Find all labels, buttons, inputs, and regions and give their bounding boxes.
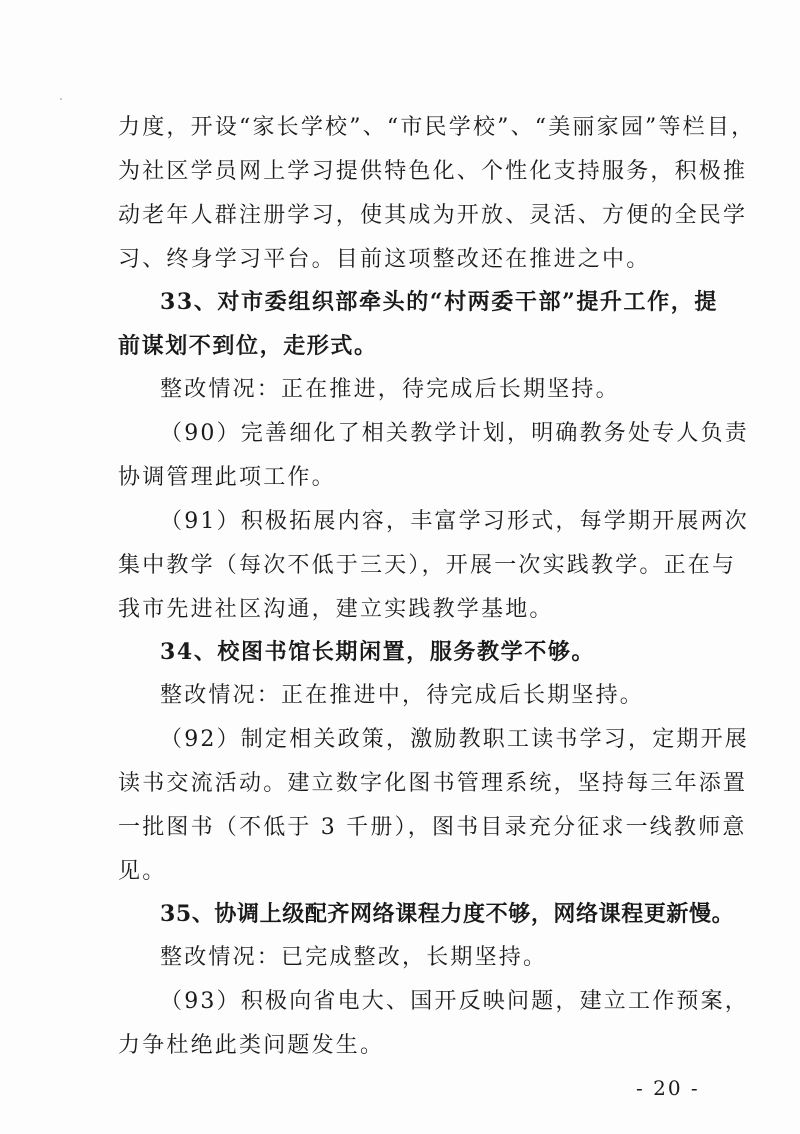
paragraph-line: 力度，开设“家长学校”、“市民学校”、“美丽家园”等栏目，	[118, 113, 698, 143]
section-heading-33: 33、对市委组织部牵头的“村两委干部”提升工作，提	[160, 287, 698, 317]
paragraph-line: 习、终身学习平台。目前这项整改还在推进之中。	[118, 245, 698, 275]
item-92: （92）制定相关政策，激励教职工读书学习，定期开展	[160, 725, 698, 755]
paragraph-line: 动老年人群注册学习，使其成为开放、灵活、方便的全民学	[118, 201, 698, 231]
page-number: - 20 -	[636, 1076, 700, 1100]
section-heading-34: 34、校图书馆长期闲置，服务教学不够。	[160, 637, 698, 667]
paragraph-line: 协调管理此项工作。	[118, 463, 698, 493]
item-91: （91）积极拓展内容，丰富学习形式，每学期开展两次	[160, 507, 698, 537]
document-page: 力度，开设“家长学校”、“市民学校”、“美丽家园”等栏目， 为社区学员网上学习提…	[0, 0, 800, 1134]
status-line-34: 整改情况：正在推进中，待完成后长期坚持。	[160, 681, 698, 711]
paragraph-line: 一批图书（不低于 3 千册），图书目录充分征求一线教师意	[118, 813, 698, 843]
section-heading-33-cont: 前谋划不到位，走形式。	[118, 331, 698, 361]
paragraph-line: 读书交流活动。建立数字化图书管理系统，坚持每三年添置	[118, 769, 698, 799]
paragraph-line: 我市先进社区沟通，建立实践教学基地。	[118, 595, 698, 625]
scan-speck	[60, 98, 62, 100]
paragraph-line: 集中教学（每次不低于三天），开展一次实践教学。正在与	[118, 551, 698, 581]
status-line-33: 整改情况：正在推进，待完成后长期坚持。	[160, 375, 698, 405]
paragraph-line: 为社区学员网上学习提供特色化、个性化支持服务，积极推	[118, 157, 698, 187]
section-heading-35: 35、协调上级配齐网络课程力度不够，网络课程更新慢。	[160, 899, 698, 929]
item-93: （93）积极向省电大、国开反映问题，建立工作预案，	[160, 987, 698, 1017]
status-line-35: 整改情况：已完成整改，长期坚持。	[160, 943, 698, 973]
paragraph-line: 力争杜绝此类问题发生。	[118, 1031, 698, 1061]
item-90: （90）完善细化了相关教学计划，明确教务处专人负责	[160, 419, 698, 449]
paragraph-line: 见。	[118, 857, 698, 887]
